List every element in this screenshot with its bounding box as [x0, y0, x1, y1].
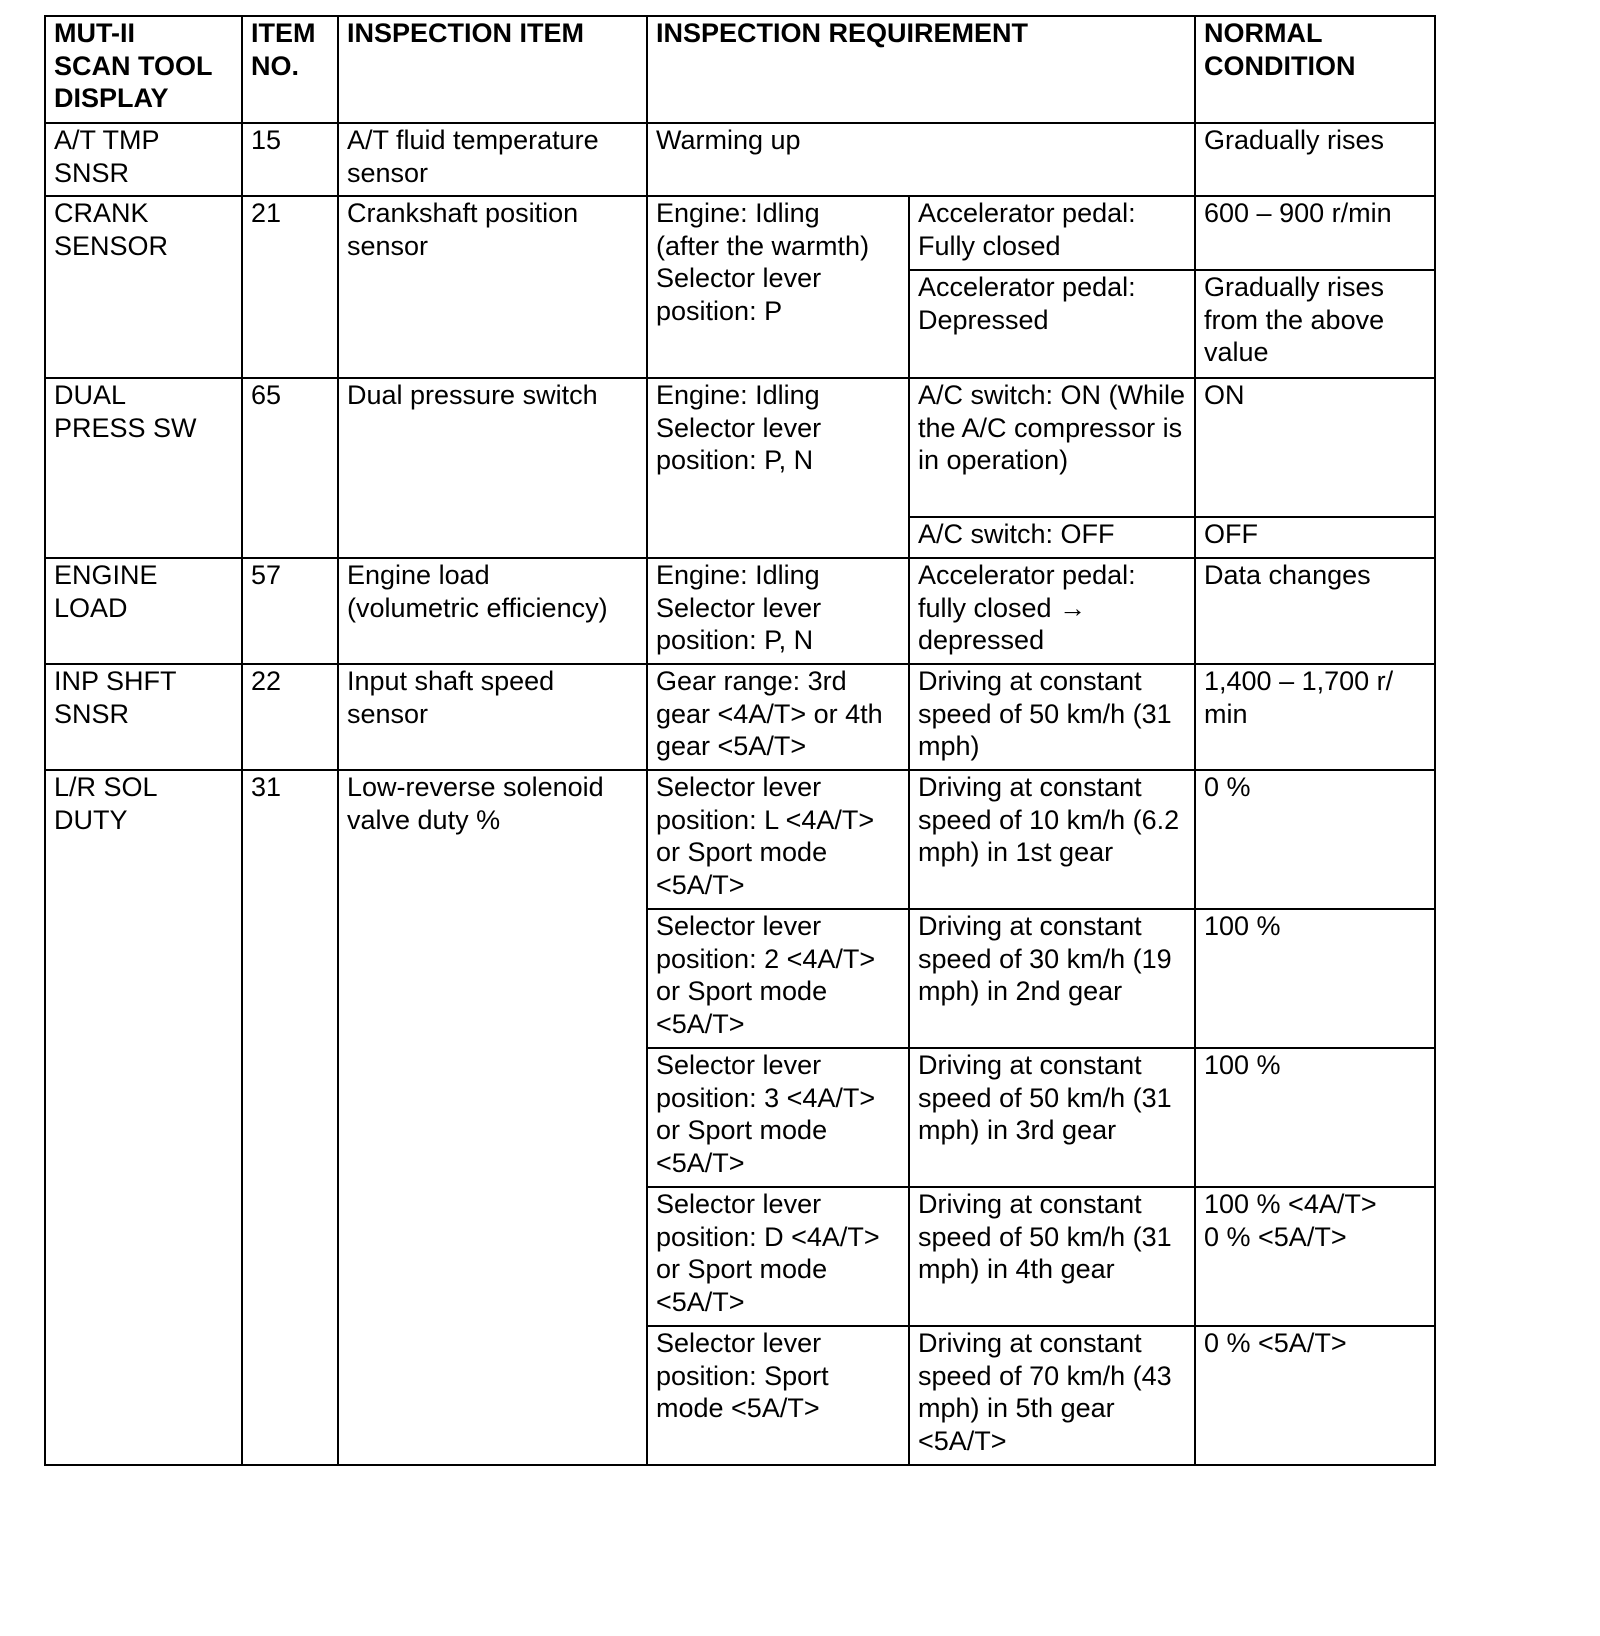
item-no-cell: 21 [242, 196, 338, 378]
condition-cell: Selector lever position: L <4A/T> or Spo… [647, 770, 909, 909]
display-cell: DUAL PRESS SW [45, 378, 242, 558]
requirement-cell: Warming up [647, 123, 1195, 196]
condition-cell: Engine: Idling Selector lever position: … [647, 378, 909, 558]
item-cell: Dual pressure switch [338, 378, 647, 558]
normal-cell: 100 % [1195, 909, 1435, 1048]
normal-cell: OFF [1195, 517, 1435, 558]
requirement-cell: Driving at constant speed of 10 km/h (6.… [909, 770, 1195, 909]
normal-cell: 1,400 – 1,700 r/ min [1195, 664, 1435, 770]
item-no-cell: 15 [242, 123, 338, 196]
table-row: L/R SOL DUTY 31 Low-reverse solenoid val… [45, 770, 1435, 909]
condition-cell: Engine: Idling (after the warmth) Select… [647, 196, 909, 378]
item-cell: Low-reverse solenoid valve duty % [338, 770, 647, 1465]
header-inspection-item: INSPECTION ITEM [338, 16, 647, 123]
normal-cell: 100 % <4A/T> 0 % <5A/T> [1195, 1187, 1435, 1326]
requirement-cell: Accelerator pedal: Fully closed [909, 196, 1195, 270]
header-normal-condition: NORMAL CONDITION [1195, 16, 1435, 123]
requirement-cell: Driving at constant speed of 50 km/h (31… [909, 664, 1195, 770]
table-row: INP SHFT SNSR 22 Input shaft speed senso… [45, 664, 1435, 770]
table-row: A/T TMP SNSR 15 A/T fluid temperature se… [45, 123, 1435, 196]
item-no-cell: 57 [242, 558, 338, 664]
display-cell: ENGINE LOAD [45, 558, 242, 664]
normal-cell: 100 % [1195, 1048, 1435, 1187]
condition-cell: Selector lever position: Sport mode <5A/… [647, 1326, 909, 1465]
inspection-table: MUT-II SCAN TOOL DISPLAY ITEM NO. INSPEC… [44, 15, 1436, 1466]
table-row: DUAL PRESS SW 65 Dual pressure switch En… [45, 378, 1435, 517]
requirement-cell: Driving at constant speed of 30 km/h (19… [909, 909, 1195, 1048]
header-display: MUT-II SCAN TOOL DISPLAY [45, 16, 242, 123]
item-no-cell: 65 [242, 378, 338, 558]
item-cell: Crankshaft position sensor [338, 196, 647, 378]
condition-cell: Selector lever position: 3 <4A/T> or Spo… [647, 1048, 909, 1187]
display-cell: L/R SOL DUTY [45, 770, 242, 1465]
requirement-cell: Accelerator pedal: fully closed → depres… [909, 558, 1195, 664]
display-cell: INP SHFT SNSR [45, 664, 242, 770]
requirement-cell: Driving at constant speed of 50 km/h (31… [909, 1048, 1195, 1187]
requirement-cell: Accelerator pedal: Depressed [909, 270, 1195, 378]
condition-cell: Selector lever position: 2 <4A/T> or Spo… [647, 909, 909, 1048]
normal-cell: 0 % [1195, 770, 1435, 909]
item-cell: Engine load (volumetric efficiency) [338, 558, 647, 664]
header-item-no: ITEM NO. [242, 16, 338, 123]
item-no-cell: 22 [242, 664, 338, 770]
table-row: ENGINE LOAD 57 Engine load (volumetric e… [45, 558, 1435, 664]
table-row: CRANK SENSOR 21 Crankshaft position sens… [45, 196, 1435, 270]
condition-cell: Engine: Idling Selector lever position: … [647, 558, 909, 664]
item-cell: Input shaft speed sensor [338, 664, 647, 770]
header-row: MUT-II SCAN TOOL DISPLAY ITEM NO. INSPEC… [45, 16, 1435, 123]
normal-cell: 600 – 900 r/min [1195, 196, 1435, 270]
display-cell: A/T TMP SNSR [45, 123, 242, 196]
normal-cell: Gradually rises from the above value [1195, 270, 1435, 378]
item-no-cell: 31 [242, 770, 338, 1465]
normal-cell: 0 % <5A/T> [1195, 1326, 1435, 1465]
requirement-cell: A/C switch: OFF [909, 517, 1195, 558]
header-inspection-requirement: INSPECTION REQUIREMENT [647, 16, 1195, 123]
condition-cell: Selector lever position: D <4A/T> or Spo… [647, 1187, 909, 1326]
requirement-cell: Driving at constant speed of 70 km/h (43… [909, 1326, 1195, 1465]
display-cell: CRANK SENSOR [45, 196, 242, 378]
requirement-cell: Driving at constant speed of 50 km/h (31… [909, 1187, 1195, 1326]
normal-cell: Data changes [1195, 558, 1435, 664]
normal-cell: Gradually rises [1195, 123, 1435, 196]
item-cell: A/T fluid temperature sensor [338, 123, 647, 196]
normal-cell: ON [1195, 378, 1435, 517]
requirement-cell: A/C switch: ON (While the A/C compressor… [909, 378, 1195, 517]
condition-cell: Gear range: 3rd gear <4A/T> or 4th gear … [647, 664, 909, 770]
